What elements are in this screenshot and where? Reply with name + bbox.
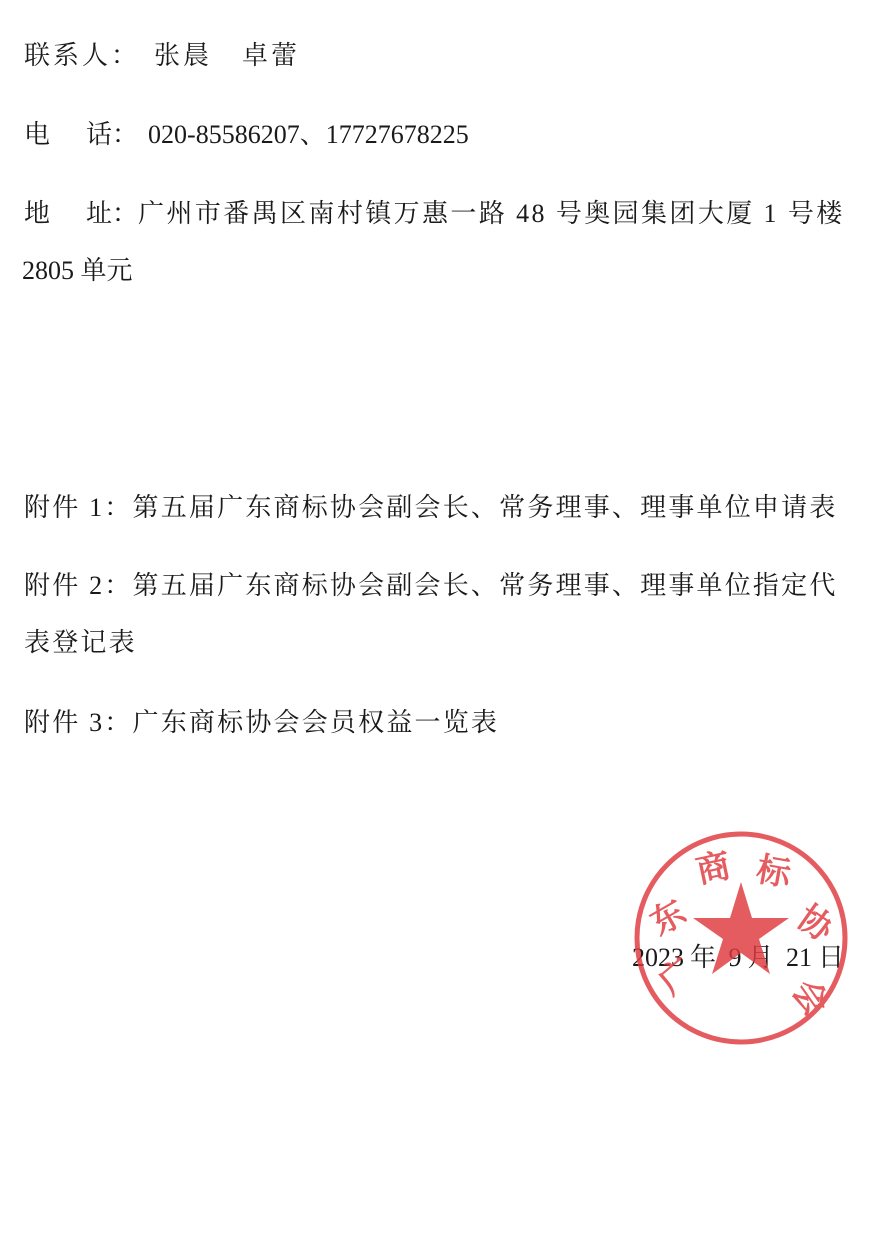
attachment-2-label: 附件 2： xyxy=(24,571,133,600)
attachment-1: 附件 1：第五届广东商标协会副会长、常务理事、理事单位申请表 xyxy=(24,491,838,525)
attachment-1-text: 第五届广东商标协会副会长、常务理事、理事单位申请表 xyxy=(133,493,838,522)
svg-text:广: 广 xyxy=(651,950,703,1002)
star-icon xyxy=(693,882,789,974)
contact-name-2: 卓蕾 xyxy=(242,41,300,70)
contact-line: 联系人：张晨卓蕾 xyxy=(24,39,300,73)
attachment-1-label: 附件 1： xyxy=(24,493,133,522)
attachment-2-cont: 表登记表 xyxy=(24,626,137,660)
attachment-2: 附件 2：第五届广东商标协会副会长、常务理事、理事单位指定代 xyxy=(24,569,838,603)
contact-name-1: 张晨 xyxy=(154,41,212,70)
contact-label: 联系人： xyxy=(24,41,140,70)
address-line-2: 2805 单元 xyxy=(22,254,133,288)
attachment-2-text: 第五届广东商标协会副会长、常务理事、理事单位指定代 xyxy=(133,571,838,600)
phone-label-1: 电 xyxy=(24,120,50,149)
svg-text:会: 会 xyxy=(784,972,836,1023)
address-value-cont: 2805 单元 xyxy=(22,256,133,285)
official-seal: 广 东 商 标 协 会 xyxy=(631,828,851,1048)
address-label-2: 址： xyxy=(86,199,138,228)
svg-text:标: 标 xyxy=(753,849,794,894)
seal-graphic: 广 东 商 标 协 会 xyxy=(631,828,851,1048)
svg-text:东: 东 xyxy=(644,892,693,944)
attachment-3-text: 广东商标协会会员权益一览表 xyxy=(133,708,500,737)
address-label-1: 地 xyxy=(24,199,50,228)
attachment-3: 附件 3：广东商标协会会员权益一览表 xyxy=(24,706,499,740)
phone-value: 020-85586207、17727678225 xyxy=(148,120,469,149)
attachment-3-label: 附件 3： xyxy=(24,708,133,737)
svg-text:商: 商 xyxy=(693,846,735,892)
address-line-1: 地址：广州市番禺区南村镇万惠一路 48 号奥园集团大厦 1 号楼 xyxy=(24,197,860,231)
attachment-2-text-cont: 表登记表 xyxy=(24,628,137,657)
svg-text:协: 协 xyxy=(790,898,842,951)
phone-label-2: 话： xyxy=(86,120,138,149)
address-value: 广州市番禺区南村镇万惠一路 48 号奥园集团大厦 1 号楼 xyxy=(138,199,845,228)
phone-line: 电话：020-85586207、17727678225 xyxy=(24,118,469,152)
